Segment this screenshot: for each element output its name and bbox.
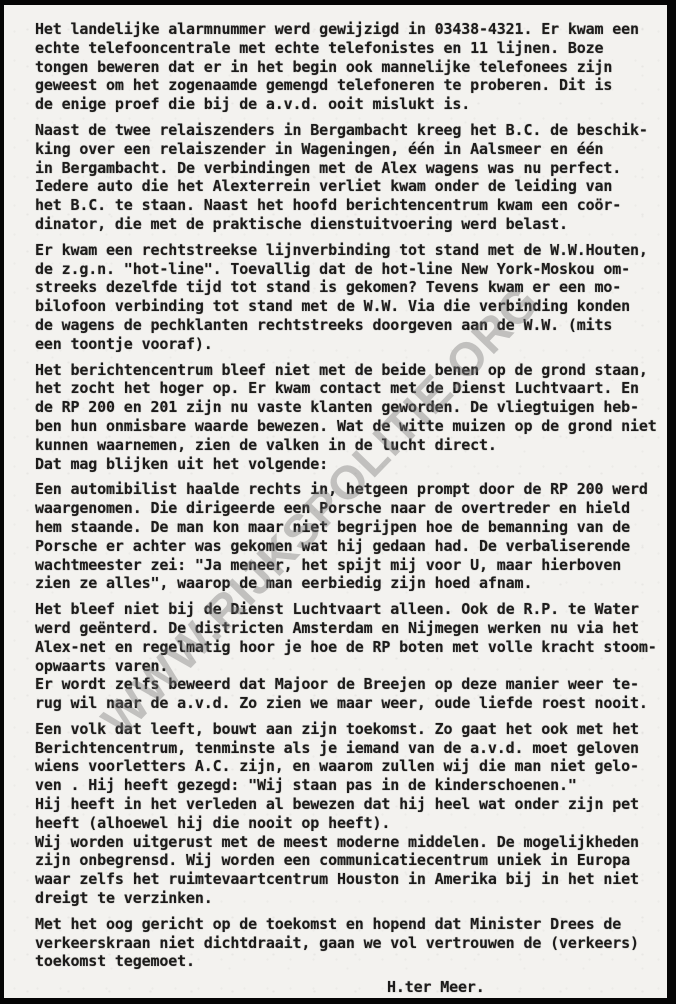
text-line: zien ze alles", waarop de man eerbiedig …	[35, 574, 656, 593]
text-line: Wij worden uitgerust met de meest modern…	[35, 833, 656, 852]
text-line: Alex-net en regelmatig hoor je hoe de RP…	[35, 638, 656, 657]
text-line: de wagens de pechklanten rechtstreeks do…	[35, 316, 656, 335]
text-line: de RP 200 en 201 zijn nu vaste klanten g…	[35, 398, 656, 417]
text-line: het B.C. te staan. Naast het hoofd beric…	[35, 196, 656, 215]
text-line: Een automibilist haalde rechts in, hetge…	[35, 480, 656, 499]
text-line: Een volk dat leeft, bouwt aan zijn toeko…	[35, 720, 656, 739]
paragraph-hotline: Er kwam een rechtstreekse lijnverbinding…	[35, 241, 656, 354]
text-line: wachtmeester zei: "Ja meneer, het spijt …	[35, 556, 656, 575]
text-line: rug wil naar de a.v.d. Zo zien we maar w…	[35, 694, 656, 713]
text-line: werd geënterd. De districten Amsterdam e…	[35, 619, 656, 638]
text-line: de z.g.n. "hot-line". Toevallig dat de h…	[35, 260, 656, 279]
text-line: Er kwam een rechtstreekse lijnverbinding…	[35, 241, 656, 260]
document-body: Het landelijke alarmnummer werd gewijzig…	[35, 20, 656, 997]
text-line: toekomst tegemoet.	[35, 952, 656, 971]
text-line: ben hun onmisbare waarde bewezen. Wat de…	[35, 417, 656, 436]
text-line: tongen beweren dat er in het begin ook m…	[35, 58, 656, 77]
text-line: Hij heeft in het verleden al bewezen dat…	[35, 795, 656, 814]
text-line: Naast de twee relaiszenders in Bergambac…	[35, 121, 656, 140]
text-line: geweest om het zogenaamde gemengd telefo…	[35, 76, 656, 95]
text-line: Iedere auto die het Alexterrein verliet …	[35, 177, 656, 196]
paragraph-automobilist: Een automibilist haalde rechts in, hetge…	[35, 480, 656, 593]
paragraph-slot: Met het oog gericht op de toekomst en ho…	[35, 915, 656, 971]
paragraph-luchtvaart: Het berichtencentrum bleef niet met de b…	[35, 361, 656, 474]
text-line: Berichtencentrum, tenminste als je ieman…	[35, 739, 656, 758]
text-line: waargenomen. Die dirigeerde een Porsche …	[35, 499, 656, 518]
text-line: Porsche er achter was gekomen wat hij ge…	[35, 537, 656, 556]
text-line: echte telefooncentrale met echte telefon…	[35, 39, 656, 58]
text-line: Met het oog gericht op de toekomst en ho…	[35, 915, 656, 934]
scan-edge-bottom	[0, 998, 676, 1004]
paragraph-rp-te-water: Het bleef niet bij de Dienst Luchtvaart …	[35, 600, 656, 713]
text-line: opwaarts varen.	[35, 657, 656, 676]
text-line: dreigt te verzinken.	[35, 889, 656, 908]
text-line: in Bergambacht. De verbindingen met de A…	[35, 159, 656, 178]
text-line: heeft (alhoewel hij die nooit op heeft).	[35, 814, 656, 833]
scan-edge-right	[667, 0, 676, 1004]
text-line: ven . Hij heeft gezegd: "Wij staan pas i…	[35, 776, 656, 795]
text-line: Dat mag blijken uit het volgende:	[35, 455, 656, 474]
text-line: king over een relaiszender in Wageningen…	[35, 140, 656, 159]
text-line: hem staande. De man kon maar niet begrij…	[35, 518, 656, 537]
text-line: Het bleef niet bij de Dienst Luchtvaart …	[35, 600, 656, 619]
text-line: de enige proef die bij de a.v.d. ooit mi…	[35, 95, 656, 114]
paragraph-toekomst: Een volk dat leeft, bouwt aan zijn toeko…	[35, 720, 656, 908]
text-line: Het berichtencentrum bleef niet met de b…	[35, 361, 656, 380]
text-line: zijn onbegrensd. Wij worden een communic…	[35, 851, 656, 870]
text-line: streeks dezelfde tijd tot stand is gekom…	[35, 278, 656, 297]
text-line: kunnen waarnemen, zien de valken in de l…	[35, 436, 656, 455]
text-line: een toontje vooraf).	[35, 335, 656, 354]
text-line: het zocht het hoger op. Er kwam contact …	[35, 379, 656, 398]
scan-edge-left	[0, 0, 4, 1004]
text-line: Er wordt zelfs beweerd dat Majoor de Bre…	[35, 675, 656, 694]
text-line: waar zelfs het ruimtevaartcentrum Housto…	[35, 870, 656, 889]
text-line: wiens voorletters A.C. zijn, en waarom z…	[35, 757, 656, 776]
text-line: bilofoon verbinding tot stand met de W.W…	[35, 297, 656, 316]
text-line: Het landelijke alarmnummer werd gewijzig…	[35, 20, 656, 39]
scanned-document-page: WWW.RIJKSPOLITIE.ORG Het landelijke alar…	[0, 0, 676, 1004]
signature: H.ter Meer.	[387, 978, 656, 997]
paragraph-relaiszenders: Naast de twee relaiszenders in Bergambac…	[35, 121, 656, 234]
scan-edge-top	[0, 0, 676, 5]
paragraph-alarmnummer: Het landelijke alarmnummer werd gewijzig…	[35, 20, 656, 114]
text-line: verkeerskraan niet dichtdraait, gaan we …	[35, 934, 656, 953]
text-line: dinator, die met de praktische dienstuit…	[35, 215, 656, 234]
